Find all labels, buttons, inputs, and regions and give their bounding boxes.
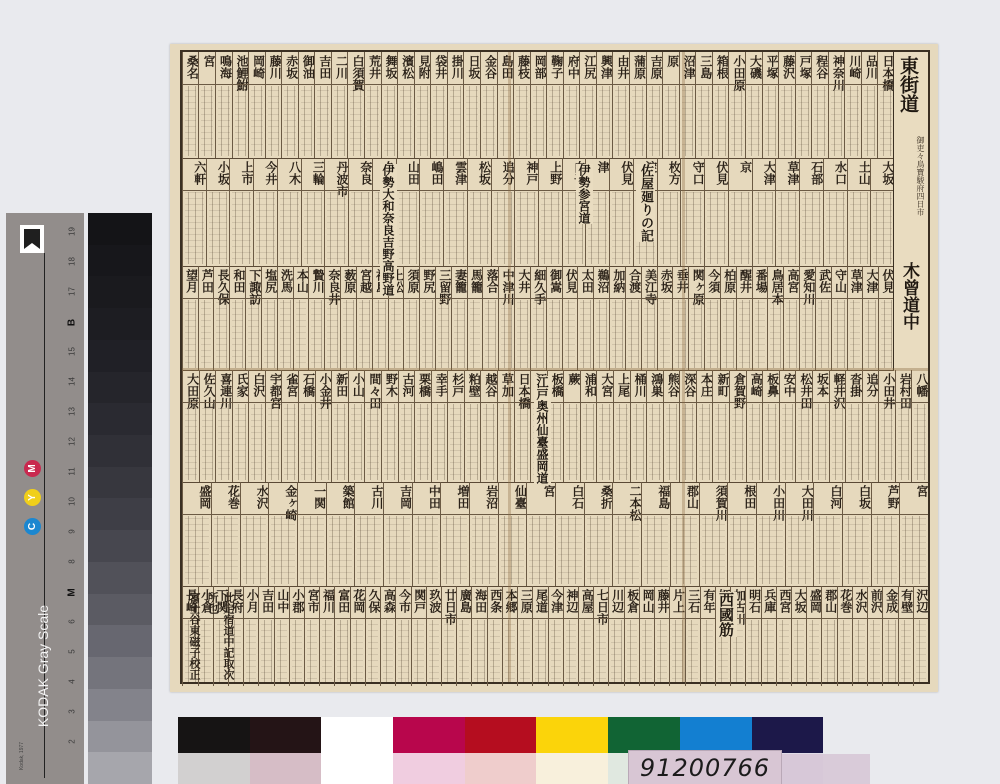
- rule-line: [689, 298, 704, 299]
- fine-print-text: [384, 86, 396, 156]
- rule-line: [531, 84, 547, 85]
- rule-line: [464, 84, 480, 85]
- fine-print-text: [334, 86, 346, 156]
- station-name: 垂井: [673, 269, 688, 293]
- rule-line: [199, 298, 214, 299]
- station-name: 石部: [800, 161, 823, 185]
- station-column: 桶川: [630, 370, 647, 482]
- fine-print-text: [501, 516, 525, 584]
- fine-print-text: [715, 404, 727, 480]
- fine-print-text: [367, 86, 379, 156]
- station-name: 鞠子: [547, 55, 563, 79]
- fine-print-text: [809, 620, 819, 684]
- station-column: 興津: [596, 52, 613, 158]
- rule-line: [564, 84, 580, 85]
- station-name: 武佐: [816, 269, 831, 293]
- gray-step: [88, 498, 152, 530]
- fine-print-text: [748, 86, 760, 156]
- station-column: 見附: [414, 52, 431, 158]
- station-column: 石部: [799, 158, 823, 266]
- rule-line: [351, 618, 365, 619]
- station-name: 石橋: [299, 373, 315, 397]
- station-column: 岩沼: [469, 482, 498, 586]
- station-column: 程谷: [811, 52, 828, 158]
- fine-print-text: [443, 516, 467, 584]
- station-column: 古川: [354, 482, 383, 586]
- kiso-road-title: 木曾道中: [897, 262, 922, 330]
- oshu-road-title: 江戸奥州仙臺盛岡道: [534, 376, 551, 484]
- step-number: 3: [68, 702, 77, 722]
- station-name: 盛岡: [183, 485, 211, 509]
- fine-print-text: [185, 516, 209, 584]
- rule-line: [499, 514, 527, 515]
- fine-print-text: [786, 300, 797, 368]
- gray-step: [88, 625, 152, 657]
- station-name: 箱根: [713, 55, 729, 79]
- rule-line: [278, 190, 301, 191]
- station-column: 古河: [398, 370, 415, 482]
- station-name: 本庄: [697, 373, 713, 397]
- station-name: 築館: [327, 485, 355, 509]
- color-patch: [680, 717, 752, 753]
- fine-print-text: [815, 404, 827, 480]
- station-column: 板倉: [624, 586, 639, 686]
- rule-line: [848, 298, 863, 299]
- station-column: 六軒: [182, 158, 206, 266]
- rule-line: [246, 298, 261, 299]
- rule-line: [784, 298, 799, 299]
- station-column: 芦野: [871, 482, 900, 586]
- station-column: 神辺: [563, 586, 578, 686]
- rule-line: [845, 84, 861, 85]
- fine-print-text: [865, 404, 877, 480]
- rule-line: [610, 190, 633, 191]
- fine-print-text: [541, 192, 560, 264]
- rule-line: [397, 190, 420, 191]
- rule-line: [547, 298, 562, 299]
- station-column: 水沢: [852, 586, 867, 686]
- station-name: 大井: [515, 269, 530, 293]
- station-column: 白須賀: [347, 52, 364, 158]
- step-number: 8: [68, 552, 77, 572]
- station-column: 鞠子: [546, 52, 563, 158]
- fine-print-text: [209, 192, 228, 264]
- fine-print-text: [748, 620, 758, 684]
- station-column: 宮越: [356, 266, 372, 370]
- color-patch-light: [536, 753, 608, 784]
- rule-line: [728, 514, 756, 515]
- station-column: 愛知川: [799, 266, 815, 370]
- fine-print-text: [280, 192, 299, 264]
- fine-print-text: [831, 86, 843, 156]
- station-column: 岩村田: [895, 370, 912, 482]
- rule-line: [366, 618, 380, 619]
- rule-line: [853, 618, 867, 619]
- station-column: 小坂: [206, 158, 230, 266]
- fine-print-text: [520, 620, 530, 684]
- rule-line: [381, 618, 395, 619]
- step-number: 6: [68, 612, 77, 632]
- fine-print-text: [307, 620, 317, 684]
- station-name: 御嵩: [547, 269, 562, 293]
- rule-line: [800, 298, 815, 299]
- rule-line: [518, 618, 532, 619]
- station-name: 西条: [488, 589, 502, 613]
- station-column: 野木: [381, 370, 398, 482]
- rule-line: [282, 84, 298, 85]
- fine-print-text: [232, 192, 251, 264]
- gray-step: [88, 213, 152, 245]
- station-column: 金谷: [480, 52, 497, 158]
- station-name: 金成: [883, 589, 897, 613]
- color-patch: [393, 717, 465, 753]
- station-column: 下諏訪: [245, 266, 261, 370]
- fine-print-text: [322, 620, 332, 684]
- station-name: 桶川: [631, 373, 647, 397]
- rule-line: [254, 190, 277, 191]
- station-column: 小郡: [289, 586, 304, 686]
- fine-print-text: [873, 192, 892, 264]
- rule-line: [298, 514, 326, 515]
- fine-print-text: [353, 620, 363, 684]
- station-name: 伏見: [879, 269, 894, 293]
- fine-print-text: [549, 86, 561, 156]
- station-column: 氏家: [232, 370, 249, 482]
- station-column: 新町: [712, 370, 729, 482]
- fine-print-text: [881, 300, 892, 368]
- rule-line: [883, 618, 897, 619]
- station-name: 花岡: [351, 589, 365, 613]
- station-column: 尾道: [532, 586, 547, 686]
- station-name: 岩沼: [470, 485, 498, 509]
- rule-line: [415, 84, 431, 85]
- rule-line: [746, 84, 762, 85]
- fine-print-text: [749, 404, 761, 480]
- station-name: 鵜沼: [594, 269, 609, 293]
- rule-line: [613, 514, 641, 515]
- station-name: 上尾: [614, 373, 630, 397]
- fine-print-text: [660, 300, 671, 368]
- station-name: 野木: [382, 373, 398, 397]
- station-column: 白沢: [248, 370, 265, 482]
- station-column: 大井: [514, 266, 530, 370]
- station-name: 三島: [696, 55, 712, 79]
- fine-print-text: [268, 86, 280, 156]
- station-name: 宮越: [357, 269, 372, 293]
- rule-line: [488, 618, 502, 619]
- station-column: 草津: [847, 266, 863, 370]
- rule-line: [448, 402, 464, 403]
- fine-print-text: [865, 300, 876, 368]
- rule-line: [382, 84, 398, 85]
- rule-line: [843, 514, 871, 515]
- cyan-dot-icon: C: [24, 518, 41, 535]
- rule-line: [355, 514, 383, 515]
- station-column: 佐久山: [199, 370, 216, 482]
- rule-line: [262, 298, 277, 299]
- rule-line: [862, 84, 878, 85]
- rule-line: [914, 618, 928, 619]
- station-name: 枚方: [658, 161, 681, 185]
- fine-print-text: [434, 404, 446, 480]
- station-name: 吉岡: [384, 485, 412, 509]
- magenta-dot-icon: M: [24, 460, 41, 477]
- station-name: 芦田: [199, 269, 214, 293]
- station-name: 柏原: [721, 269, 736, 293]
- rule-line: [642, 298, 657, 299]
- fine-print-text: [474, 620, 484, 684]
- station-name: 高崎: [747, 373, 763, 397]
- station-name: 宮: [900, 485, 928, 497]
- station-column: 太田: [577, 266, 593, 370]
- step-number: 18: [68, 252, 77, 272]
- rule-line: [233, 84, 249, 85]
- rule-line: [275, 618, 289, 619]
- station-column: 伏見: [609, 158, 633, 266]
- fine-print-text: [256, 192, 275, 264]
- fine-print-text: [359, 300, 370, 368]
- rule-line: [613, 84, 629, 85]
- station-name: 新町: [713, 373, 729, 397]
- station-column: 高屋: [578, 586, 593, 686]
- rule-line: [631, 402, 647, 403]
- color-bar-top-row: [178, 717, 824, 753]
- fine-print-text: [271, 516, 295, 584]
- station-name: 水口: [824, 161, 847, 185]
- rule-line: [776, 190, 799, 191]
- fine-print-text: [351, 404, 363, 480]
- station-column: 金成: [882, 586, 897, 686]
- rule-line: [625, 618, 639, 619]
- station-column: 海田: [471, 586, 486, 686]
- fine-print-text: [368, 620, 378, 684]
- rule-line: [357, 298, 372, 299]
- fine-print-text: [185, 300, 196, 368]
- fine-print-text: [470, 192, 489, 264]
- station-name: 高屋: [579, 589, 593, 613]
- fine-print-text: [901, 620, 911, 684]
- rule-line: [824, 190, 847, 191]
- fine-print-text: [632, 86, 644, 156]
- fine-print-text: [616, 404, 628, 480]
- station-name: 今井: [254, 161, 277, 185]
- rule-line: [879, 298, 894, 299]
- station-name: 上市: [230, 161, 253, 185]
- station-column: 奈良: [348, 158, 372, 266]
- rule-line: [200, 402, 216, 403]
- station-name: 松坂: [468, 161, 491, 185]
- step-number: 11: [68, 462, 77, 482]
- gray-step: [88, 372, 152, 404]
- rule-line: [777, 618, 791, 619]
- step-number: 14: [68, 372, 77, 392]
- fine-print-text: [517, 192, 536, 264]
- rule-line: [705, 298, 720, 299]
- station-name: 仙臺: [499, 485, 527, 509]
- fine-print-text: [470, 300, 481, 368]
- station-column: 神奈川: [828, 52, 845, 158]
- station-column: 小田川: [756, 482, 785, 586]
- rule-line: [746, 618, 760, 619]
- fine-print-text: [375, 300, 386, 368]
- rule-line: [294, 298, 309, 299]
- woodblock-travel-chart: 日本橋品川川崎神奈川程谷戸塚藤沢平塚大磯小田原箱根三島沼津原吉原蒲原由井興津江尻…: [170, 44, 938, 692]
- fine-print-text: [824, 620, 834, 684]
- fine-print-text: [764, 620, 774, 684]
- station-name: 醒井: [737, 269, 752, 293]
- station-column: 宮: [899, 482, 928, 586]
- station-name: 郡山: [822, 589, 836, 613]
- rule-line: [266, 402, 282, 403]
- rule-line: [822, 618, 836, 619]
- fine-print-text: [649, 404, 661, 480]
- station-column: 越谷: [480, 370, 497, 482]
- station-name: 古河: [399, 373, 415, 397]
- color-patch-light: [250, 753, 322, 784]
- station-name: 川辺: [609, 589, 623, 613]
- station-name: 福島: [642, 485, 670, 509]
- fine-print-text: [615, 516, 639, 584]
- station-name: 小月: [244, 589, 258, 613]
- rule-line: [640, 618, 654, 619]
- station-column: 花巻: [837, 586, 852, 686]
- rule-line: [452, 298, 467, 299]
- rule-line: [305, 618, 319, 619]
- fine-print-text: [840, 620, 850, 684]
- station-column: 蕨: [563, 370, 580, 482]
- station-name: 御油: [299, 55, 315, 79]
- gray-step: [88, 562, 152, 594]
- fine-print-text: [660, 192, 679, 264]
- station-name: 興津: [597, 55, 613, 79]
- gray-step: [88, 594, 152, 626]
- station-column: 岡部: [530, 52, 547, 158]
- station-column: 鴻巣: [646, 370, 663, 482]
- fine-print-text: [517, 404, 529, 480]
- station-column: 御嵩: [546, 266, 562, 370]
- station-name: 鴻巣: [647, 373, 663, 397]
- gray-step: [88, 752, 152, 784]
- station-name: 程谷: [812, 55, 828, 79]
- station-column: 醒井: [736, 266, 752, 370]
- rule-line: [499, 298, 514, 299]
- rule-line: [800, 190, 823, 191]
- fine-print-text: [565, 300, 576, 368]
- fine-print-text: [902, 516, 926, 584]
- band-tokaido-upper: 日本橋品川川崎神奈川程谷戸塚藤沢平塚大磯小田原箱根三島沼津原吉原蒲原由井興津江尻…: [182, 52, 894, 159]
- rule-line: [757, 514, 785, 515]
- rule-line: [729, 190, 752, 191]
- fine-print-text: [350, 86, 362, 156]
- station-column: 水沢: [240, 482, 269, 586]
- rule-line: [872, 514, 900, 515]
- station-column: 吉田: [258, 586, 273, 686]
- rule-line: [420, 190, 443, 191]
- station-column: 大坂: [791, 586, 806, 686]
- station-column: 沓掛: [845, 370, 862, 482]
- fine-print-text: [549, 300, 560, 368]
- rule-line: [871, 190, 894, 191]
- station-column: 桑折: [584, 482, 613, 586]
- station-name: 原: [663, 55, 679, 67]
- station-column: 盛岡: [806, 586, 821, 686]
- fine-print-text: [770, 300, 781, 368]
- station-column: 日坂: [463, 52, 480, 158]
- step-number: 13: [68, 402, 77, 422]
- fine-print-text: [292, 620, 302, 684]
- station-column: 藤井: [654, 586, 669, 686]
- station-name: 赤坂: [282, 55, 298, 79]
- rule-line: [230, 298, 245, 299]
- station-column: 松坂: [467, 158, 491, 266]
- rule-line: [585, 514, 613, 515]
- fine-print-text: [450, 86, 462, 156]
- station-column: 塩尻: [261, 266, 277, 370]
- fine-print-text: [587, 516, 611, 584]
- rule-line: [183, 190, 206, 191]
- station-column: 袋井: [430, 52, 447, 158]
- step-number: 9: [68, 522, 77, 542]
- station-column: 岡崎: [248, 52, 265, 158]
- fine-print-text: [794, 620, 804, 684]
- station-column: 二本松: [612, 482, 641, 586]
- station-column: 合渡: [625, 266, 641, 370]
- station-name: 有壁: [899, 589, 913, 613]
- station-name: 高宮: [784, 269, 799, 293]
- station-name: 三原: [518, 589, 532, 613]
- rule-line: [382, 402, 398, 403]
- rule-line: [216, 84, 232, 85]
- rule-line: [792, 618, 806, 619]
- fine-print-text: [599, 404, 611, 480]
- rule-line: [290, 618, 304, 619]
- station-column: 岡山: [639, 586, 654, 686]
- rule-line: [349, 190, 372, 191]
- rule-line: [241, 514, 269, 515]
- fine-print-text: [433, 86, 445, 156]
- rule-line: [846, 402, 862, 403]
- fine-print-text: [529, 516, 553, 584]
- station-name: 三石: [686, 589, 700, 613]
- fine-print-text: [870, 620, 880, 684]
- rule-line: [663, 84, 679, 85]
- rule-line: [829, 84, 845, 85]
- station-column: 須原: [403, 266, 419, 370]
- station-column: 高崎: [746, 370, 763, 482]
- station-column: 府中: [563, 52, 580, 158]
- station-column: 板鼻: [762, 370, 779, 482]
- station-name: 桑折: [585, 485, 613, 509]
- station-column: 宇都宮: [265, 370, 282, 482]
- fine-print-text: [414, 620, 424, 684]
- station-column: 前沢: [867, 586, 882, 686]
- station-column: 小田原: [728, 52, 745, 158]
- rule-line: [470, 514, 498, 515]
- rule-line: [244, 618, 258, 619]
- fine-print-text: [329, 516, 353, 584]
- station-name: 追分: [863, 373, 879, 397]
- station-name: 洗馬: [278, 269, 293, 293]
- station-column: 守山: [831, 266, 847, 370]
- fine-print-text: [517, 300, 528, 368]
- rule-line: [556, 514, 584, 515]
- station-name: 板倉: [625, 589, 639, 613]
- fine-print-text: [649, 86, 661, 156]
- station-name: 奈良: [349, 161, 372, 185]
- station-column: 小田井: [878, 370, 895, 482]
- fine-print-text: [317, 86, 329, 156]
- station-column: 廣島: [456, 586, 471, 686]
